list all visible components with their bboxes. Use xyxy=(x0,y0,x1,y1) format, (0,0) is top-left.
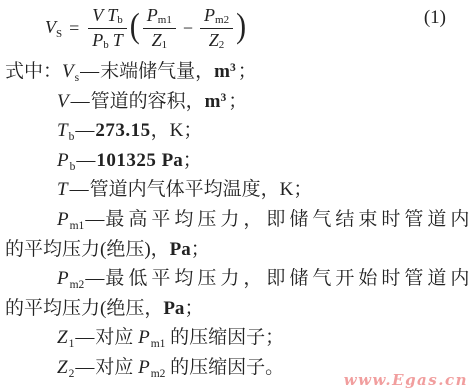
minus-sign: − xyxy=(183,18,193,39)
var-pm1-subscript: m1 xyxy=(158,15,172,26)
definition-line: 式中：Vs—末端储气量，m3； xyxy=(5,57,471,87)
def-seg-cn: 最低平均压力，即储气开始时管道内 xyxy=(105,268,473,289)
def-seg-punc: ； xyxy=(293,179,312,200)
var-z2-subscript: 2 xyxy=(219,40,225,51)
fraction-main-numerator: VTb xyxy=(88,5,127,27)
def-seg-dash: — xyxy=(70,179,89,200)
def-seg-dash: — xyxy=(75,120,94,141)
def-seg-sub: m1 xyxy=(70,220,85,232)
fraction-bar xyxy=(143,28,176,29)
def-seg-punc: ； xyxy=(191,239,210,260)
fraction-pm1-numerator: Pm1 xyxy=(143,5,176,27)
def-seg-dash: — xyxy=(85,268,104,289)
def-seg-unit: Pa xyxy=(170,239,191,260)
def-seg-punc: ； xyxy=(183,120,202,141)
def-seg-var: P xyxy=(138,327,150,348)
def-seg-unit: m xyxy=(214,61,230,82)
fraction-pm2-numerator: Pm2 xyxy=(200,5,233,27)
equation-number: (1) xyxy=(424,7,446,29)
def-seg-var: P xyxy=(57,150,69,171)
fraction-bar xyxy=(200,28,233,29)
def-seg-sub: m2 xyxy=(151,368,166,380)
def-seg-cn: 的压缩因子； xyxy=(165,327,284,348)
def-seg-unit: m xyxy=(205,91,221,112)
def-seg-cn: 式中： xyxy=(5,61,62,82)
fraction-bar xyxy=(88,28,127,29)
right-paren: ) xyxy=(236,7,246,50)
def-seg-num: 101325 xyxy=(96,150,161,171)
def-seg-sub: b xyxy=(69,131,75,143)
def-seg-sub: 2 xyxy=(69,368,75,380)
def-seg-dash: — xyxy=(76,150,95,171)
equation-lhs: VS xyxy=(45,17,62,40)
def-seg-unit: Pa xyxy=(162,150,183,171)
def-seg-sub: m1 xyxy=(151,338,166,350)
left-paren: ( xyxy=(130,7,140,50)
fraction-main-denominator: PbT xyxy=(88,30,127,52)
def-seg-dash: — xyxy=(75,357,94,378)
def-seg-unitn: K xyxy=(170,120,184,141)
def-seg-cn: 的平均压力(绝压)， xyxy=(5,239,170,260)
definition-line: Pm1—最高平均压力，即储气结束时管道内 xyxy=(5,205,471,235)
definition-line: 的平均压力(绝压，Pa； xyxy=(5,294,471,324)
var-p-subscript: b xyxy=(103,40,109,51)
fraction-pm2-denominator: Z2 xyxy=(205,30,229,52)
def-seg-var: V xyxy=(62,61,74,82)
def-seg-dash: — xyxy=(75,327,94,348)
var-pm2-subscript: m2 xyxy=(215,15,229,26)
def-seg-unit: Pa xyxy=(163,298,184,319)
fraction-pm1-denominator: Z1 xyxy=(148,30,172,52)
var-t: T xyxy=(107,6,117,26)
definition-line: Z1—对应 Pm1 的压缩因子； xyxy=(5,323,471,353)
fraction-main: VTb PbT xyxy=(88,5,127,52)
var-pm1: P xyxy=(147,6,158,26)
def-seg-cn: 的压缩因子。 xyxy=(165,357,284,378)
definition-line: T—管道内气体平均温度，K； xyxy=(5,175,471,205)
def-seg-cn: 管道内气体平均温度， xyxy=(90,179,280,200)
var-t2: T xyxy=(113,31,123,51)
def-seg-var: P xyxy=(57,268,69,289)
def-seg-var: T xyxy=(57,120,68,141)
def-seg-sub: b xyxy=(70,161,76,173)
definition-line: V—管道的容积，m3； xyxy=(5,87,471,117)
def-seg-sup: 3 xyxy=(220,92,226,104)
def-seg-punc: ； xyxy=(238,61,257,82)
def-seg-sub: 1 xyxy=(69,338,75,350)
definition-line: Pm2—最低平均压力，即储气开始时管道内 xyxy=(5,264,471,294)
equals-sign: = xyxy=(69,18,79,39)
def-seg-var: P xyxy=(57,209,69,230)
definition-line: Pb—101325 Pa； xyxy=(5,146,471,176)
def-seg-punc: ； xyxy=(183,150,202,171)
fraction-pm2: Pm2 Z2 xyxy=(200,5,233,52)
def-seg-dash: — xyxy=(85,209,104,230)
definition-line: Tb—273.15，K； xyxy=(5,116,471,146)
def-seg-var: Z xyxy=(57,357,68,378)
def-seg-unitn: K xyxy=(280,179,294,200)
def-seg-cn: 最高平均压力，即储气结束时管道内 xyxy=(105,209,473,230)
var-vs-subscript: S xyxy=(56,28,62,40)
var-t-subscript: b xyxy=(117,15,123,26)
def-seg-punc: ， xyxy=(151,120,170,141)
def-seg-num: 273.15 xyxy=(95,120,150,141)
def-seg-cn: 的平均压力(绝压， xyxy=(5,298,163,319)
def-seg-sup: 3 xyxy=(230,62,236,74)
fraction-pm1: Pm1 Z1 xyxy=(143,5,176,52)
def-seg-dash: — xyxy=(71,91,90,112)
var-z1: Z xyxy=(152,31,162,51)
def-seg-var: Z xyxy=(57,327,68,348)
def-seg-sub: s xyxy=(75,72,79,84)
def-seg-sub: m2 xyxy=(70,279,85,291)
definition-list: 式中：Vs—末端储气量，m3；V—管道的容积，m3；Tb—273.15，K；Pb… xyxy=(0,57,473,383)
def-seg-dash: — xyxy=(80,61,99,82)
def-seg-cn: 对应 xyxy=(95,357,138,378)
var-z2: Z xyxy=(209,31,219,51)
def-seg-punc: ； xyxy=(184,298,203,319)
equation: VS = VTb PbT ( Pm1 Z1 − Pm2 Z2 ) (1) xyxy=(0,0,473,57)
watermark: www.Egas.cn xyxy=(344,371,468,389)
def-seg-cn: 末端储气量， xyxy=(100,61,214,82)
var-z1-subscript: 1 xyxy=(162,40,168,51)
def-seg-var: T xyxy=(57,179,68,200)
def-seg-var: P xyxy=(138,357,150,378)
def-seg-punc: ； xyxy=(228,91,247,112)
var-vs: V xyxy=(45,17,56,37)
definition-line: 的平均压力(绝压)，Pa； xyxy=(5,235,471,265)
var-pm2: P xyxy=(204,6,215,26)
var-p: P xyxy=(92,31,103,51)
def-seg-cn: 对应 xyxy=(95,327,138,348)
def-seg-var: V xyxy=(57,91,69,112)
def-seg-cn: 管道的容积， xyxy=(91,91,205,112)
var-v: V xyxy=(92,6,103,26)
